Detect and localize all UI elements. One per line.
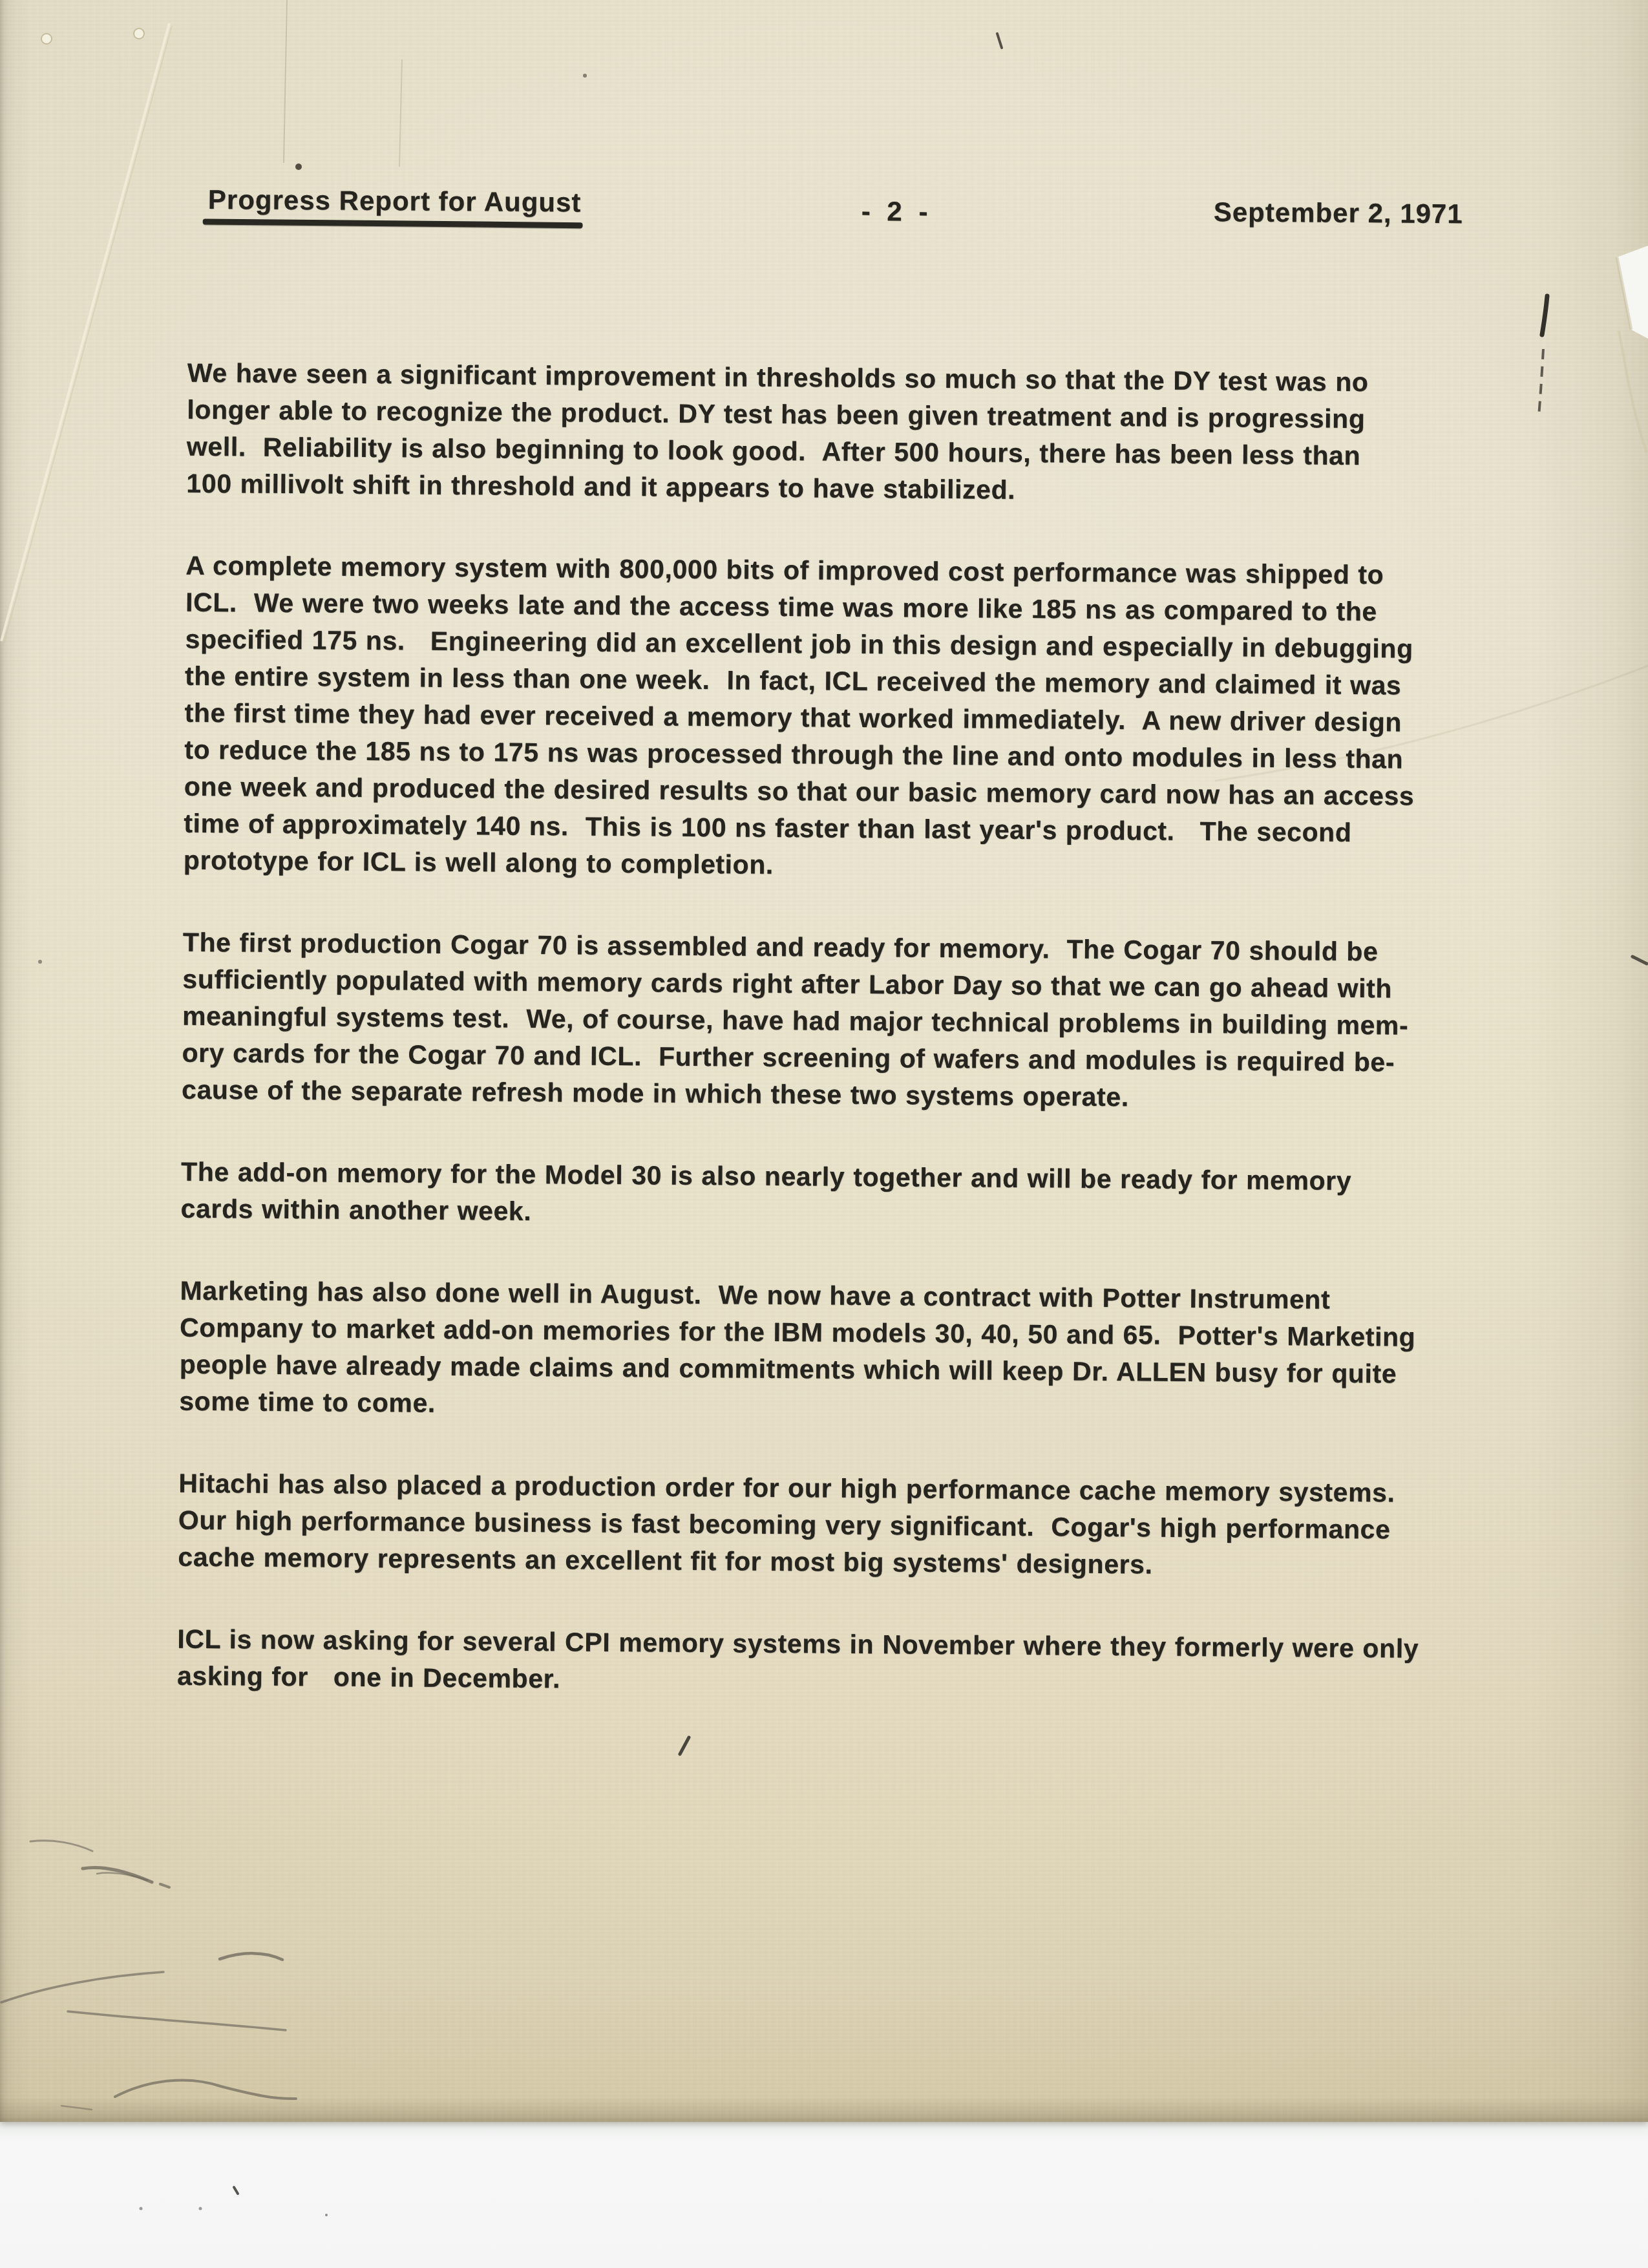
document-body: We have seen a significant improvement i…: [176, 355, 1642, 1752]
paragraph-thresholds: We have seen a significant improvement i…: [186, 355, 1642, 514]
paragraph-memory-system-icl: A complete memory system with 800,000 bi…: [184, 547, 1640, 891]
paragraph-model-30: The add-on memory for the Model 30 is al…: [180, 1154, 1635, 1239]
report-date: September 2, 1971: [1214, 196, 1463, 229]
paragraph-hitachi: Hitachi has also placed a production ord…: [178, 1465, 1632, 1587]
paragraph-icl-cpi: ICL is now asking for several CPI memory…: [177, 1621, 1632, 1706]
title-underline: [203, 218, 583, 228]
scanner-background: [0, 2122, 1648, 2268]
typewritten-content: Progress Report for August - 2 - Septemb…: [0, 0, 1648, 2133]
paragraph-marketing: Marketing has also done well in August. …: [179, 1273, 1634, 1432]
page-title: Progress Report for August: [208, 184, 582, 218]
page-number: - 2 -: [861, 196, 933, 228]
paragraph-cogar-70: The first production Cogar 70 is assembl…: [182, 924, 1637, 1120]
scanned-page: Progress Report for August - 2 - Septemb…: [0, 0, 1648, 2268]
